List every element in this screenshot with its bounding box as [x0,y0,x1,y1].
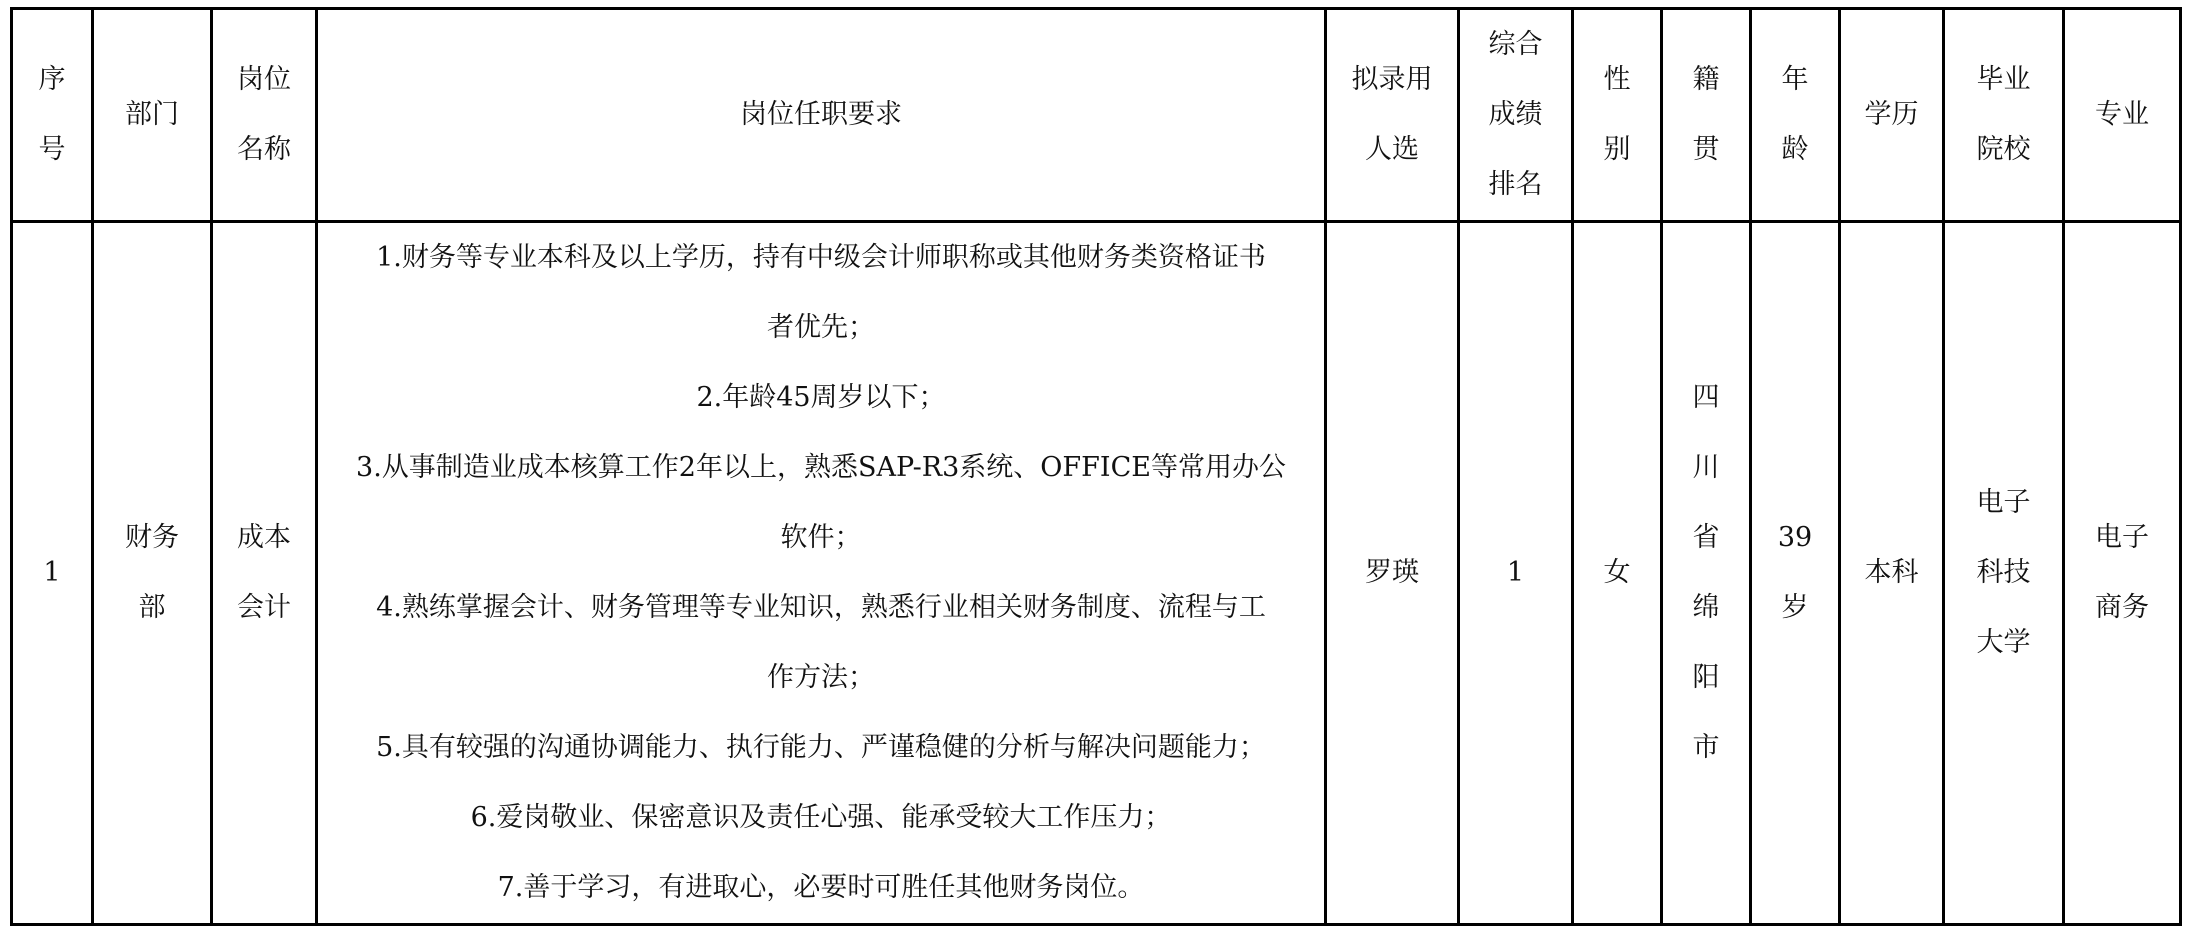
cell-candidate: 罗瑛 [1326,222,1459,925]
origin-char: 阳 [1663,643,1749,713]
header-row: 序 号 部门 岗位 名称 岗位任职要求 拟录用 人选 综合 成绩 排名 性 别 … [12,9,2181,222]
requirement-line: 2.年龄45周岁以下； [318,363,1324,433]
header-department: 部门 [93,9,212,222]
requirement-line: 6.爱岗敬业、保密意识及责任心强、能承受较大工作压力； [318,783,1324,853]
header-origin-line: 贯 [1663,115,1749,185]
requirement-line: 7.善于学习，有进取心，必要时可胜任其他财务岗位。 [318,853,1324,923]
header-rank-line: 综合 [1460,10,1571,80]
index-value: 1 [13,538,91,608]
gender-value: 女 [1574,538,1660,608]
requirement-line: 者优先； [318,293,1324,363]
header-gender-line: 性 [1574,45,1660,115]
header-rank-line: 成绩 [1460,80,1571,150]
requirement-line: 1.财务等专业本科及以上学历，持有中级会计师职称或其他财务类资格证书 [318,223,1324,293]
cell-index: 1 [12,222,93,925]
cell-major: 电子 商务 [2064,222,2181,925]
header-position-line: 岗位 [213,45,315,115]
header-candidate: 拟录用 人选 [1326,9,1459,222]
recruitment-table: 序 号 部门 岗位 名称 岗位任职要求 拟录用 人选 综合 成绩 排名 性 别 … [10,7,2182,926]
header-rank-line: 排名 [1460,150,1571,220]
origin-char: 四 [1663,363,1749,433]
cell-rank: 1 [1459,222,1573,925]
cell-requirements: 1.财务等专业本科及以上学历，持有中级会计师职称或其他财务类资格证书 者优先； … [317,222,1326,925]
requirement-line: 5.具有较强的沟通协调能力、执行能力、严谨稳健的分析与解决问题能力； [318,713,1324,783]
header-position-line: 名称 [213,115,315,185]
header-requirements-line: 岗位任职要求 [318,80,1324,150]
header-major-line: 专业 [2065,80,2179,150]
header-index-line: 号 [13,115,91,185]
origin-char: 市 [1663,713,1749,783]
department-line: 财务 [94,503,210,573]
cell-school: 电子 科技 大学 [1944,222,2064,925]
requirement-line: 作方法； [318,643,1324,713]
candidate-name: 罗瑛 [1327,538,1457,608]
header-index: 序 号 [12,9,93,222]
header-gender: 性 别 [1573,9,1662,222]
header-gender-line: 别 [1574,115,1660,185]
header-rank: 综合 成绩 排名 [1459,9,1573,222]
header-index-line: 序 [13,45,91,115]
requirement-line: 4.熟练掌握会计、财务管理等专业知识，熟悉行业相关财务制度、流程与工 [318,573,1324,643]
cell-origin: 四 川 省 绵 阳 市 [1662,222,1751,925]
header-major: 专业 [2064,9,2181,222]
header-education: 学历 [1840,9,1944,222]
age-line: 岁 [1752,573,1838,643]
department-line: 部 [94,573,210,643]
school-line: 大学 [1945,608,2062,678]
origin-char: 绵 [1663,573,1749,643]
origin-char: 省 [1663,503,1749,573]
header-school-line: 院校 [1945,115,2062,185]
school-line: 电子 [1945,468,2062,538]
requirement-line: 3.从事制造业成本核算工作2年以上，熟悉SAP-R3系统、OFFICE等常用办公 [318,433,1324,503]
cell-age: 39 岁 [1751,222,1840,925]
major-line: 商务 [2065,573,2179,643]
cell-position: 成本 会计 [212,222,317,925]
school-line: 科技 [1945,538,2062,608]
header-school: 毕业 院校 [1944,9,2064,222]
header-candidate-line: 人选 [1327,115,1457,185]
header-requirements: 岗位任职要求 [317,9,1326,222]
requirement-line: 软件； [318,503,1324,573]
header-department-line: 部门 [94,80,210,150]
rank-value: 1 [1460,538,1571,608]
header-origin-line: 籍 [1663,45,1749,115]
cell-department: 财务 部 [93,222,212,925]
header-origin: 籍 贯 [1662,9,1751,222]
header-age: 年 龄 [1751,9,1840,222]
header-school-line: 毕业 [1945,45,2062,115]
header-education-line: 学历 [1841,80,1942,150]
origin-char: 川 [1663,433,1749,503]
table-row: 1 财务 部 成本 会计 1.财务等专业本科及以上学历，持有中级会计师职称或其他… [12,222,2181,925]
age-line: 39 [1752,503,1838,573]
position-line: 会计 [213,573,315,643]
cell-gender: 女 [1573,222,1662,925]
header-age-line: 年 [1752,45,1838,115]
header-position: 岗位 名称 [212,9,317,222]
major-line: 电子 [2065,503,2179,573]
education-value: 本科 [1841,538,1942,608]
header-age-line: 龄 [1752,115,1838,185]
cell-education: 本科 [1840,222,1944,925]
header-candidate-line: 拟录用 [1327,45,1457,115]
position-line: 成本 [213,503,315,573]
